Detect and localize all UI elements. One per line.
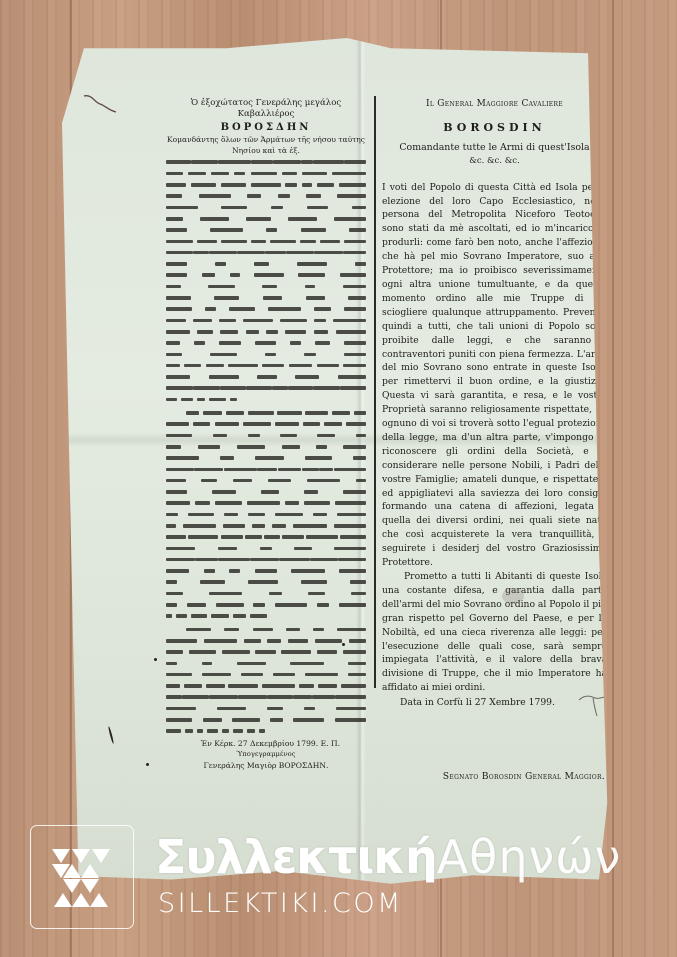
greek-text-line [166, 315, 366, 326]
column-divider-rule [374, 96, 376, 688]
greek-heading-line1: Ὁ ἐξοχώτατος Γενεράλης μεγάλος Καβαλλιέρ… [166, 98, 366, 121]
italian-heading-line2: Comandante tutte le Armi di quest'Isola [382, 141, 607, 155]
greek-text-line [166, 599, 366, 610]
greek-text-line [166, 714, 366, 725]
italian-heading-line3: &c. &c. &c. [382, 155, 607, 169]
greek-text-line [166, 703, 366, 714]
greek-text-line [166, 179, 366, 190]
greek-date-line: Ἐν Κέρκ. 27 Δεκεμβρίου 1799. Ε. Π. [166, 738, 366, 749]
greek-text-line [166, 281, 366, 292]
greek-heading-line2: Κομανδάντης ὅλων τῶν Ἀρμάτων τῆς νήσου τ… [166, 134, 366, 145]
greek-text-line [166, 610, 366, 621]
watermark: ΣυλλεκτικήΑθηνών SILLEKTIKI.COM [30, 825, 650, 935]
greek-paragraph-2 [166, 407, 366, 622]
greek-text-line [166, 497, 366, 508]
ink-dot [342, 643, 345, 646]
greek-signed-label: Ὑπογεγραμμένος [166, 749, 366, 760]
wood-board-seam [612, 0, 614, 957]
greek-text-line [166, 292, 366, 303]
greek-text-line [166, 725, 366, 736]
greek-text-line [166, 202, 366, 213]
greek-text-line [166, 407, 366, 418]
greek-column: Ὁ ἐξοχώτατος Γενεράλης μεγάλος Καβαλλιέρ… [166, 98, 366, 772]
greek-text-line [166, 531, 366, 542]
foxing-stain [502, 588, 524, 604]
italian-paragraph-2: Prometto a tutti li Abitanti di queste I… [382, 570, 607, 695]
greek-text-line [166, 576, 366, 587]
italian-heading-line1: Il General Maggiore Cavaliere [382, 98, 607, 112]
italian-heading-name: BOROSDIN [382, 121, 607, 135]
greek-text-line [166, 691, 366, 702]
greek-text-line [166, 658, 366, 669]
watermark-url: SILLEKTIKI.COM [158, 888, 403, 919]
greek-text-line [166, 236, 366, 247]
greek-text-line [166, 509, 366, 520]
greek-text-line [166, 213, 366, 224]
watermark-brand: ΣυλλεκτικήΑθηνών [155, 827, 621, 887]
proclamation-sheet: Ὁ ἐξοχώτατος Γενεράλης μεγάλος Καβαλλιέρ… [62, 38, 610, 888]
greek-text-line [166, 669, 366, 680]
ink-mark [108, 726, 115, 744]
watermark-brand-bold: Συλλεκτική [155, 830, 437, 884]
greek-text-line [166, 394, 366, 405]
greek-heading-name: ΒΟΡΟΣΔΗΝ [166, 122, 366, 133]
italian-paragraph-1: I voti del Popolo di questa Città ed Iso… [382, 181, 607, 570]
greek-text-line [166, 486, 366, 497]
greek-text-line [166, 224, 366, 235]
greek-text-line [166, 430, 366, 441]
greek-text-line [166, 680, 366, 691]
ink-dot [154, 658, 157, 661]
ink-dot [146, 763, 149, 766]
greek-text-line [166, 303, 366, 314]
greek-text-line [166, 247, 366, 258]
greek-text-line [166, 382, 366, 393]
greek-text-line [166, 520, 366, 531]
greek-text-line [166, 635, 366, 646]
greek-text-line [166, 441, 366, 452]
greek-text-line [166, 269, 366, 280]
greek-text-line [166, 565, 366, 576]
greek-text-line [166, 475, 366, 486]
italian-signature: Segnato Borosdin General Maggior. [382, 770, 607, 784]
greek-text-line [166, 371, 366, 382]
greek-text-line [166, 588, 366, 599]
greek-heading-line3: Νησίου καὶ τὰ ἑξ. [166, 145, 366, 156]
greek-text-line [166, 168, 366, 179]
greek-text-line [166, 326, 366, 337]
greek-text-line [166, 418, 366, 429]
triangle-hexagon-logo-icon [52, 849, 110, 907]
greek-text-line [166, 624, 366, 635]
greek-text-line [166, 349, 366, 360]
greek-text-line [166, 258, 366, 269]
greek-text-line [166, 543, 366, 554]
greek-text-line [166, 452, 366, 463]
greek-paragraph-3 [166, 624, 366, 737]
greek-text-line [166, 190, 366, 201]
greek-text-line [166, 360, 366, 371]
italian-column: Il General Maggiore Cavaliere BOROSDIN C… [382, 98, 607, 784]
greek-text-line [166, 646, 366, 657]
greek-text-line [166, 554, 366, 565]
greek-signature: Γενεράλης Μαγιὸρ ΒΟΡΟΣΔΗΝ. [166, 760, 366, 771]
greek-text-line [166, 156, 366, 167]
greek-paragraph-1 [166, 156, 366, 405]
watermark-brand-light: Αθηνών [437, 830, 622, 884]
greek-text-line [166, 337, 366, 348]
greek-text-line [166, 464, 366, 475]
italian-date-line: Data in Corfù li 27 Xembre 1799. [382, 696, 607, 710]
edge-tear-mark [82, 88, 122, 118]
